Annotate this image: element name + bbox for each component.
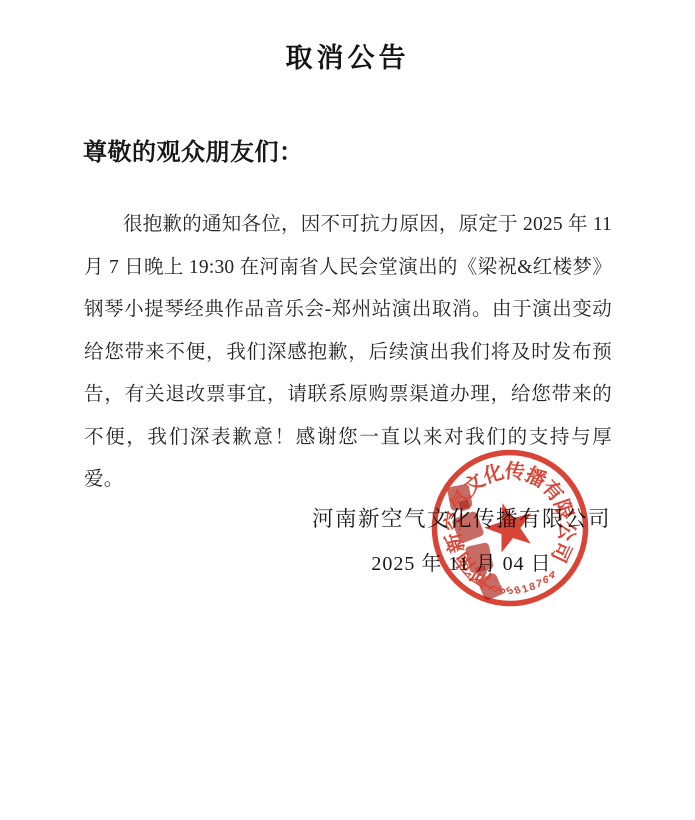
page-title: 取消公告 xyxy=(0,36,695,75)
seal-ring-char: 司 xyxy=(547,538,576,566)
salutation: 尊敬的观众朋友们： xyxy=(83,132,304,167)
seal-number-digit: 4 xyxy=(548,569,556,582)
notice-document: 取消公告 尊敬的观众朋友们： 很抱歉的通知各位，因不可抗力原因，原定于 2025… xyxy=(0,0,695,820)
